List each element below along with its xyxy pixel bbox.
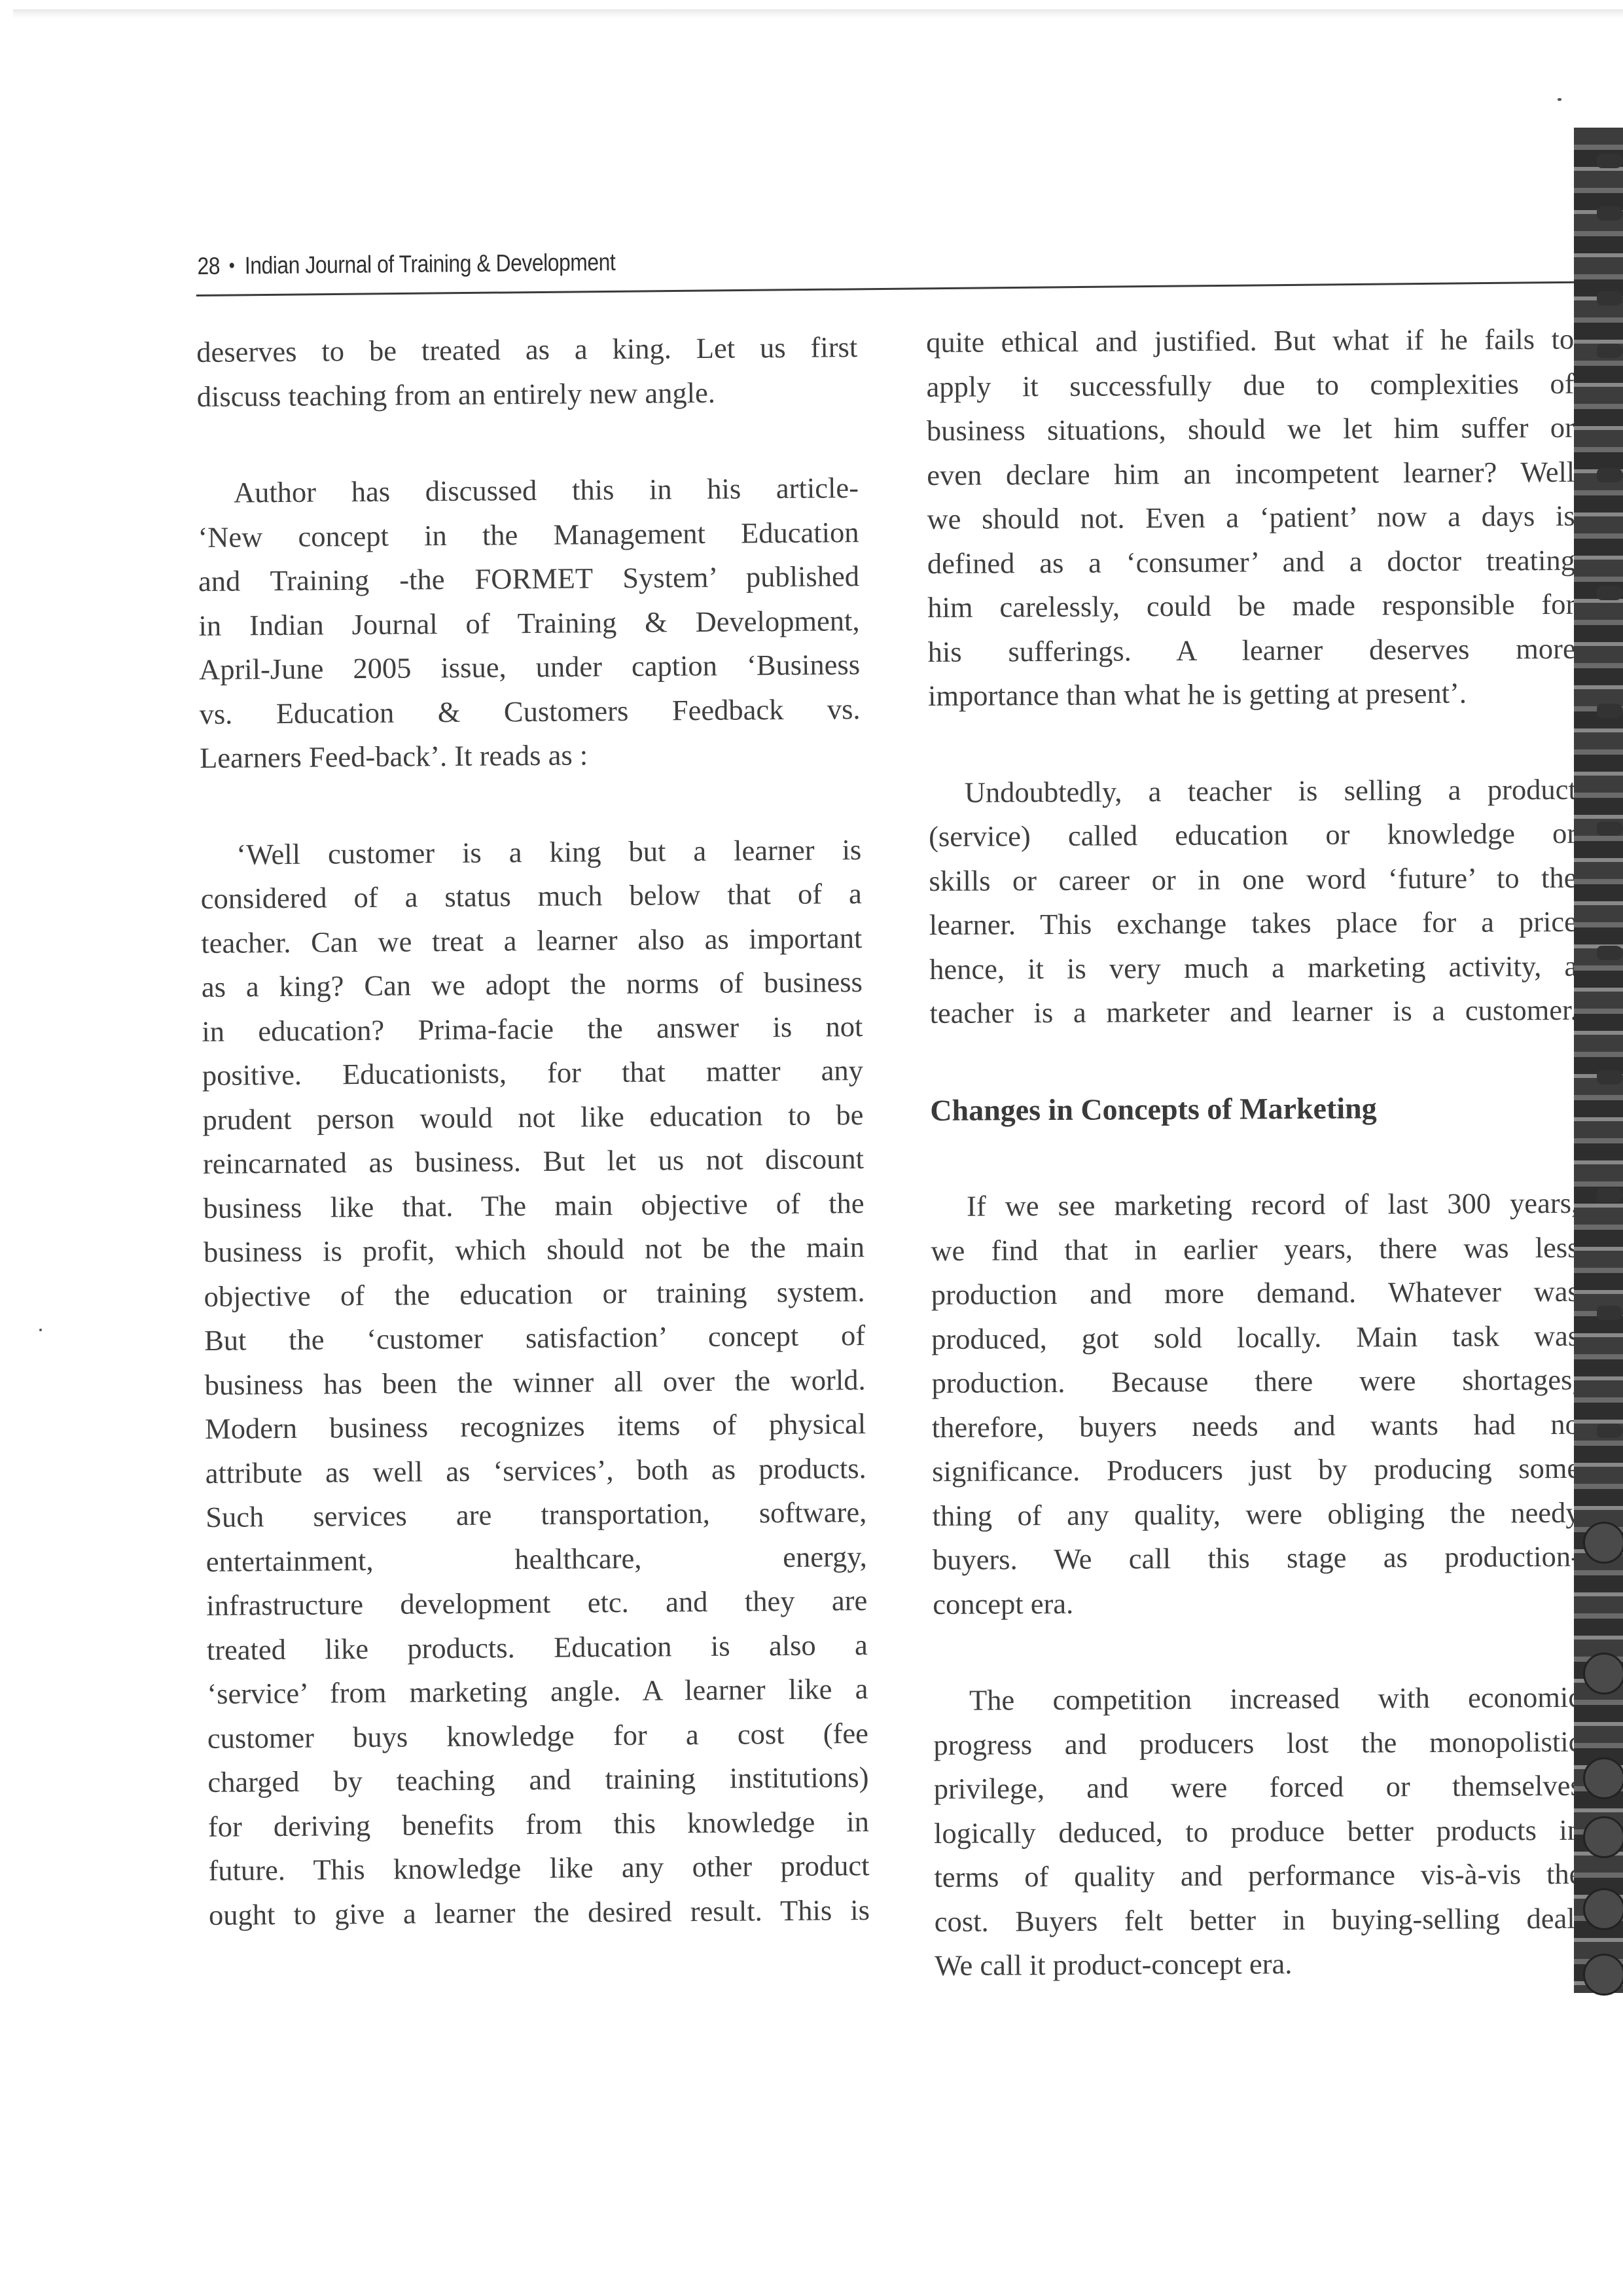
paragraph: The competition increased with economic … (933, 1676, 1582, 1988)
text-line: therefore, buyers needs and wants had no (932, 1402, 1580, 1450)
text-line: in education? Prima-facie the answer is … (202, 1005, 863, 1054)
text-line: business situations, should we let him s… (927, 406, 1575, 454)
binding-tooth (1597, 291, 1623, 306)
text-line: future. This knowledge like any other pr… (208, 1844, 869, 1893)
binding-tooth (1597, 206, 1623, 221)
binding-tooth (1597, 1070, 1623, 1085)
bullet-separator: • (229, 255, 235, 277)
text-line: reincarnated as business. But let us not… (203, 1137, 864, 1186)
text-line: vs. Education & Customers Feedback vs. (199, 687, 860, 736)
paragraph: quite ethical and justified. But what if… (926, 317, 1576, 719)
text-line: privilege, and were forced or themselves (934, 1764, 1582, 1812)
right-column: quite ethical and justified. But what if… (926, 317, 1582, 1988)
text-line: concept era. (933, 1579, 1580, 1626)
text-line: thing of any quality, were obliging the … (932, 1490, 1580, 1538)
text-line: production. Because there were shortages… (931, 1358, 1579, 1406)
text-line: discuss teaching from an entirely new an… (197, 370, 858, 419)
text-line: business is profit, which should not be … (204, 1225, 865, 1274)
quoted-paragraph: ‘Well customer is a king but a learner i… (200, 828, 870, 1937)
text-line: we find that in earlier years, there was… (931, 1225, 1578, 1273)
text-line: buyers. We call this stage as production… (933, 1535, 1580, 1583)
binding-tooth (1597, 946, 1623, 960)
text-line: production and more demand. Whatever was (931, 1270, 1579, 1318)
paragraph: Author has discussed this in his article… (198, 466, 861, 780)
binding-ring (1583, 1816, 1623, 1858)
text-line: April-June 2005 issue, under caption ‘Bu… (199, 643, 860, 692)
text-line: learner. This exchange takes place for a… (929, 900, 1577, 948)
text-line: ought to give a learner the desired resu… (209, 1888, 870, 1937)
text-line: importance than what he is getting at pr… (928, 671, 1576, 719)
text-line: The competition increased with economic (933, 1676, 1581, 1723)
page-number: 28 (197, 253, 220, 279)
text-line: charged by teaching and training institu… (207, 1755, 868, 1804)
text-line: skills or career or in one word ‘future’… (929, 855, 1577, 903)
text-line: his sufferings. A learner deserves more (927, 626, 1575, 674)
scan-speck (39, 1329, 42, 1331)
text-line: customer buys knowledge for a cost (fee (207, 1712, 868, 1761)
text-line: hence, it is very much a marketing activ… (929, 944, 1577, 992)
text-line: ‘New concept in the Management Education (198, 511, 859, 560)
journal-title: Indian Journal of Training & Development (245, 249, 616, 279)
binding-tooth (1597, 821, 1623, 836)
binding-ring (1583, 1653, 1623, 1695)
binding-ring (1583, 1522, 1623, 1564)
text-line: we should not. Even a ‘patient’ now a da… (927, 494, 1575, 542)
text-line: positive. Educationists, for that matter… (202, 1049, 863, 1098)
text-line: logically deduced, to produce better pro… (934, 1808, 1582, 1856)
text-line: Learners Feed-back’. It reads as : (200, 731, 861, 780)
spiral-binding (1574, 128, 1623, 1993)
text-line: defined as a ‘consumer’ and a doctor tre… (927, 538, 1575, 586)
text-line: quite ethical and justified. But what if… (926, 317, 1574, 365)
text-line: entertainment, healthcare, energy, (206, 1535, 867, 1584)
text-line: considered of a status much below that o… (201, 872, 862, 921)
text-line: infrastructure development etc. and they… (206, 1579, 867, 1628)
scan-top-edge (13, 9, 1623, 18)
text-line: produced, got sold locally. Main task wa… (931, 1314, 1579, 1361)
text-line: attribute as well as ‘services’, both as… (205, 1446, 866, 1496)
binding-tooth (1597, 154, 1623, 168)
text-line: progress and producers lost the monopoli… (933, 1719, 1581, 1767)
text-line: ‘Well customer is a king but a learner i… (200, 828, 861, 877)
text-line: We call it product-concept era. (935, 1941, 1582, 1988)
text-line: as a king? Can we adopt the norms of bus… (202, 960, 863, 1009)
text-line: treated like products. Education is also… (207, 1623, 868, 1672)
text-line: and Training -the FORMET System’ publish… (198, 554, 859, 603)
paragraph: If we see marketing record of last 300 y… (931, 1181, 1581, 1626)
text-line: teacher is a marketer and learner is a c… (929, 988, 1577, 1036)
text-line: significance. Producers just by producin… (932, 1446, 1580, 1494)
text-line: terms of quality and performance vis-à-v… (934, 1852, 1582, 1900)
paragraph: Undoubtedly, a teacher is selling a prod… (929, 767, 1578, 1035)
text-line: even declare him an incompetent learner?… (927, 450, 1575, 497)
scan-speck (1558, 98, 1561, 101)
text-line: cost. Buyers felt better in buying-selli… (935, 1896, 1582, 1944)
text-line: If we see marketing record of last 300 y… (931, 1181, 1578, 1229)
text-line: apply it successfully due to complexitie… (926, 361, 1574, 409)
binding-tooth (1597, 468, 1623, 482)
text-line: for deriving benefits from this knowledg… (208, 1799, 869, 1848)
text-line: objective of the education or training s… (204, 1270, 865, 1319)
text-line: Author has discussed this in his article… (198, 466, 859, 515)
text-line: deserves to be treated as a king. Let us… (196, 325, 857, 374)
text-line: business like that. The main objective o… (203, 1181, 864, 1230)
paragraph: deserves to be treated as a king. Let us… (196, 325, 858, 419)
text-line: Modern business recognizes items of phys… (205, 1402, 866, 1451)
text-line: teacher. Can we treat a learner also as … (201, 916, 862, 965)
text-line: prudent person would not like education … (202, 1093, 863, 1142)
section-heading: Changes in Concepts of Marketing (930, 1085, 1578, 1132)
text-line: (service) called education or knowledge … (929, 812, 1577, 859)
text-line: But the ‘customer satisfaction’ concept … (204, 1314, 865, 1363)
running-header: 28•Indian Journal of Training & Developm… (196, 238, 1577, 304)
binding-ring (1583, 1954, 1623, 1996)
binding-tooth (1597, 1306, 1623, 1320)
binding-ring (1583, 1757, 1623, 1799)
text-line: Undoubtedly, a teacher is selling a prod… (929, 767, 1577, 815)
text-line: ‘service’ from marketing angle. A learne… (207, 1667, 868, 1716)
text-line: him carelessly, could be made responsibl… (927, 583, 1575, 630)
binding-tooth (1597, 586, 1623, 600)
binding-tooth (1597, 704, 1623, 718)
left-column: deserves to be treated as a king. Let us… (196, 325, 870, 1937)
header-rule (196, 281, 1577, 296)
binding-tooth (1597, 1188, 1623, 1202)
binding-tooth (1597, 344, 1623, 358)
text-line: Such services are transportation, softwa… (205, 1490, 866, 1539)
binding-tooth (1597, 1424, 1623, 1438)
binding-ring (1583, 1888, 1623, 1930)
text-line: in Indian Journal of Training & Developm… (198, 599, 859, 648)
text-line: business has been the winner all over th… (204, 1358, 865, 1407)
